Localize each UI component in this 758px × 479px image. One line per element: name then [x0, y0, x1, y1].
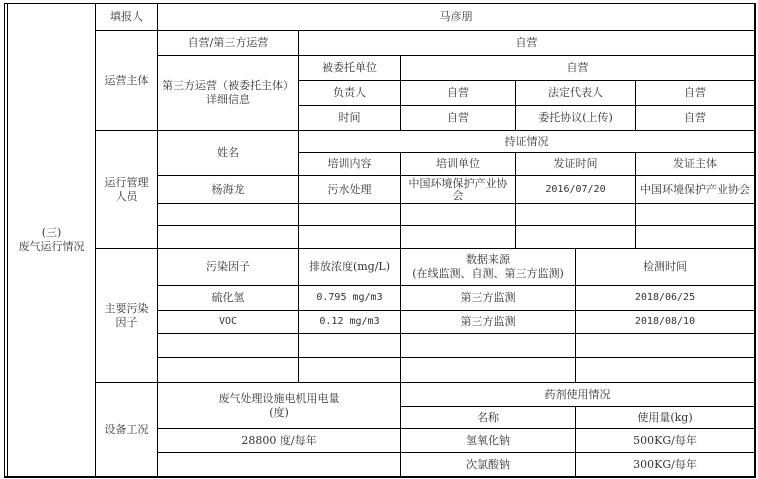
col-chem-name: 名称 [401, 407, 575, 428]
col-data-source-options: (在线监测、自测、第三方监测) [412, 267, 564, 281]
col-data-source-title: 数据来源 [466, 253, 510, 267]
operation-mode-label: 自营/第三方运营 [158, 31, 298, 55]
reporter-value: 马彦朋 [158, 4, 754, 30]
staff-row-training-unit: 中国环境保护产业协会 [404, 176, 512, 203]
waste-gas-operation-form: (三) 废气运行情况 填报人 马彦朋 运营主体 自营/第三方运营 自营 第三方运… [0, 0, 758, 479]
legal-rep-label: 法定代表人 [516, 81, 635, 105]
person-in-charge-label: 负责人 [299, 81, 400, 105]
time-value: 自营 [401, 106, 515, 130]
chem-usage-header: 药剂使用情况 [401, 383, 754, 406]
pollutant-row-source: 第三方监测 [401, 286, 575, 310]
border-left-outer [4, 3, 5, 477]
grid-line [157, 357, 755, 358]
chem-row-amount: 300KG/每年 [576, 453, 754, 476]
pollutant-row-source: 第三方监测 [401, 311, 575, 333]
operator-label: 运营主体 [96, 31, 157, 130]
grid-line [157, 225, 755, 226]
chem-row-name: 次氯酸钠 [401, 453, 575, 476]
staff-row-issue-date: 2016/07/20 [516, 176, 635, 203]
staff-name-header: 姓名 [158, 131, 298, 175]
pollutant-row-concentration: 0.12 mg/m3 [299, 311, 400, 333]
pollutant-row-date: 2018/06/25 [576, 286, 754, 310]
person-in-charge-value: 自营 [401, 81, 515, 105]
col-data-source: 数据来源 (在线监测、自测、第三方监测) [401, 249, 575, 285]
reporter-label: 填报人 [96, 4, 157, 30]
col-concentration: 排放浓度(mg/L) [299, 249, 400, 285]
section-title: 废气运行情况 [19, 240, 85, 254]
col-training-content: 培训内容 [299, 153, 400, 175]
legal-rep-value: 自营 [636, 81, 754, 105]
col-chem-amount: 使用量(kg) [576, 407, 754, 428]
entrusted-unit-label: 被委托单位 [299, 56, 400, 80]
col-training-unit: 培训单位 [401, 153, 515, 175]
staff-label: 运行管理人员 [100, 131, 153, 248]
col-issue-date: 发证时间 [516, 153, 635, 175]
pollutants-label: 主要污染因子 [100, 249, 153, 382]
entrusted-unit-value: 自营 [401, 56, 754, 80]
agreement-label: 委托协议(上传) [516, 106, 635, 130]
col-issuer: 发证主体 [636, 153, 754, 175]
staff-row-training-content: 污水处理 [299, 176, 400, 203]
staff-row-name: 杨海龙 [158, 176, 298, 203]
pollutant-row-concentration: 0.795 mg/m3 [299, 286, 400, 310]
staff-row-issuer: 中国环境保护产业协会 [639, 176, 751, 203]
power-usage-title: 废气处理设施电机用电量 [219, 392, 340, 406]
chem-row-amount: 500KG/每年 [576, 429, 754, 452]
col-factor: 污染因子 [158, 249, 298, 285]
pollutant-row-factor: 硫化氢 [158, 286, 298, 310]
power-usage-value: 28800 度/每年 [158, 429, 400, 452]
third-party-detail-label: 第三方运营（被委托主体）详细信息 [162, 56, 294, 130]
grid-line [157, 333, 755, 334]
grid-line [157, 203, 755, 204]
operation-mode-value: 自营 [299, 31, 754, 55]
pollutant-row-date: 2018/08/10 [576, 311, 754, 333]
chem-row-name: 氢氧化钠 [401, 429, 575, 452]
equipment-label: 设备工况 [96, 383, 157, 476]
section-label: (三) 废气运行情况 [8, 4, 95, 476]
power-usage-unit: (度) [269, 406, 289, 420]
border-bottom [4, 476, 756, 478]
section-number: (三) [42, 226, 62, 240]
pollutant-row-factor: VOC [158, 311, 298, 333]
time-label: 时间 [299, 106, 400, 130]
power-usage-label: 废气处理设施电机用电量 (度) [158, 383, 400, 428]
col-test-date: 检测时间 [576, 249, 754, 285]
cert-header: 持证情况 [299, 131, 754, 152]
agreement-value: 自营 [636, 106, 754, 130]
